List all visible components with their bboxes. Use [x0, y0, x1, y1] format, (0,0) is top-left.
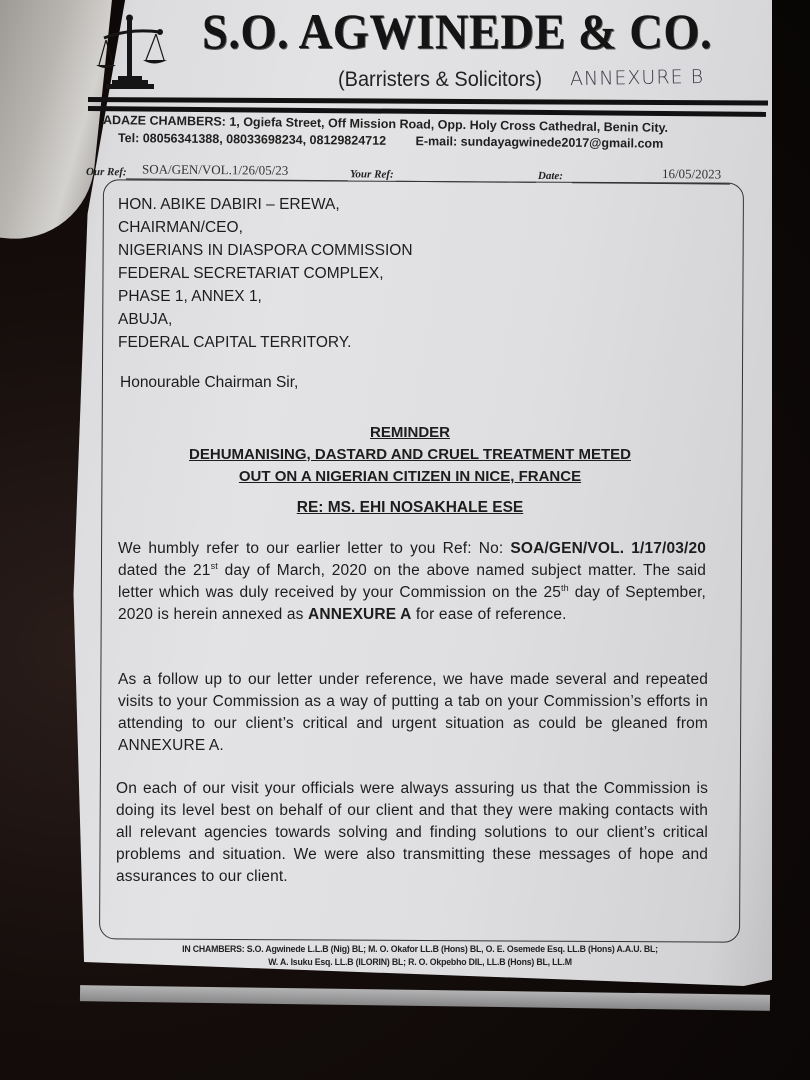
salutation: Honourable Chairman Sir,: [120, 374, 298, 392]
scales-of-justice-icon: [96, 10, 168, 92]
our-ref-label: Our Ref:: [86, 166, 127, 178]
recipient-line: PHASE 1, ANNEX 1,: [118, 285, 413, 308]
chambers-footer: IN CHAMBERS: S.O. Agwinede L.L.B (Nig) B…: [135, 943, 705, 969]
footer-line-1: IN CHAMBERS: S.O. Agwinede L.L.B (Nig) B…: [135, 943, 705, 956]
handwritten-annexure-mark: ANNEXURE B: [570, 66, 704, 90]
subject-reminder: REMINDER: [370, 424, 450, 441]
your-ref-label: Your Ref:: [350, 168, 394, 180]
letter-content: S.O. AGWINEDE & CO. (Barristers & Solici…: [0, 0, 810, 1080]
re-line: RE: MS. EHI NOSAKHALE ESE: [140, 499, 680, 517]
annexure-a-ref: ANNEXURE A: [308, 606, 411, 623]
letterhead-rule-top: [88, 97, 768, 106]
subject-heading: REMINDER DEHUMANISING, DASTARD AND CRUEL…: [140, 422, 680, 488]
recipient-line: ABUJA,: [118, 308, 413, 331]
date-label: Date:: [538, 170, 563, 182]
re-client-name: RE: MS. EHI NOSAKHALE ESE: [297, 499, 524, 516]
subject-line-1: DEHUMANISING, DASTARD AND CRUEL TREATMEN…: [189, 446, 631, 463]
recipient-line: FEDERAL SECRETARIAT COMPLEX,: [118, 262, 413, 285]
body-paragraph-1: We humbly refer to our earlier letter to…: [118, 538, 706, 626]
firm-subtitle: (Barristers & Solicitors): [338, 68, 542, 92]
contact-line: Tel: 08056341388, 08033698234, 081298247…: [118, 131, 663, 151]
date-value: 16/05/2023: [662, 166, 721, 183]
recipient-line: CHAIRMAN/CEO,: [118, 216, 413, 239]
recipient-line: NIGERIANS IN DIASPORA COMMISSION: [118, 239, 413, 262]
footer-line-2: W. A. Isuku Esq. LL.B (ILORIN) BL; R. O.…: [135, 956, 705, 969]
body-paragraph-3: On each of our visit your officials were…: [116, 778, 708, 888]
our-ref-value: SOA/GEN/VOL.1/26/05/23: [142, 161, 288, 178]
phone-numbers: Tel: 08056341388, 08033698234, 081298247…: [118, 131, 386, 148]
recipient-line: HON. ABIKE DABIRI – EREWA,: [118, 193, 413, 216]
body-paragraph-2: As a follow up to our letter under refer…: [118, 669, 708, 757]
recipient-line: FEDERAL CAPITAL TERRITORY.: [118, 331, 413, 354]
earlier-ref-number: SOA/GEN/VOL. 1/17/03/20: [510, 540, 706, 557]
recipient-address: HON. ABIKE DABIRI – EREWA, CHAIRMAN/CEO,…: [118, 193, 413, 354]
email-address: E-mail: sundayagwinede2017@gmail.com: [415, 134, 663, 151]
subject-line-2: OUT ON A NIGERIAN CITIZEN IN NICE, FRANC…: [239, 468, 581, 485]
firm-name: S.O. AGWINEDE & CO.: [202, 2, 712, 60]
